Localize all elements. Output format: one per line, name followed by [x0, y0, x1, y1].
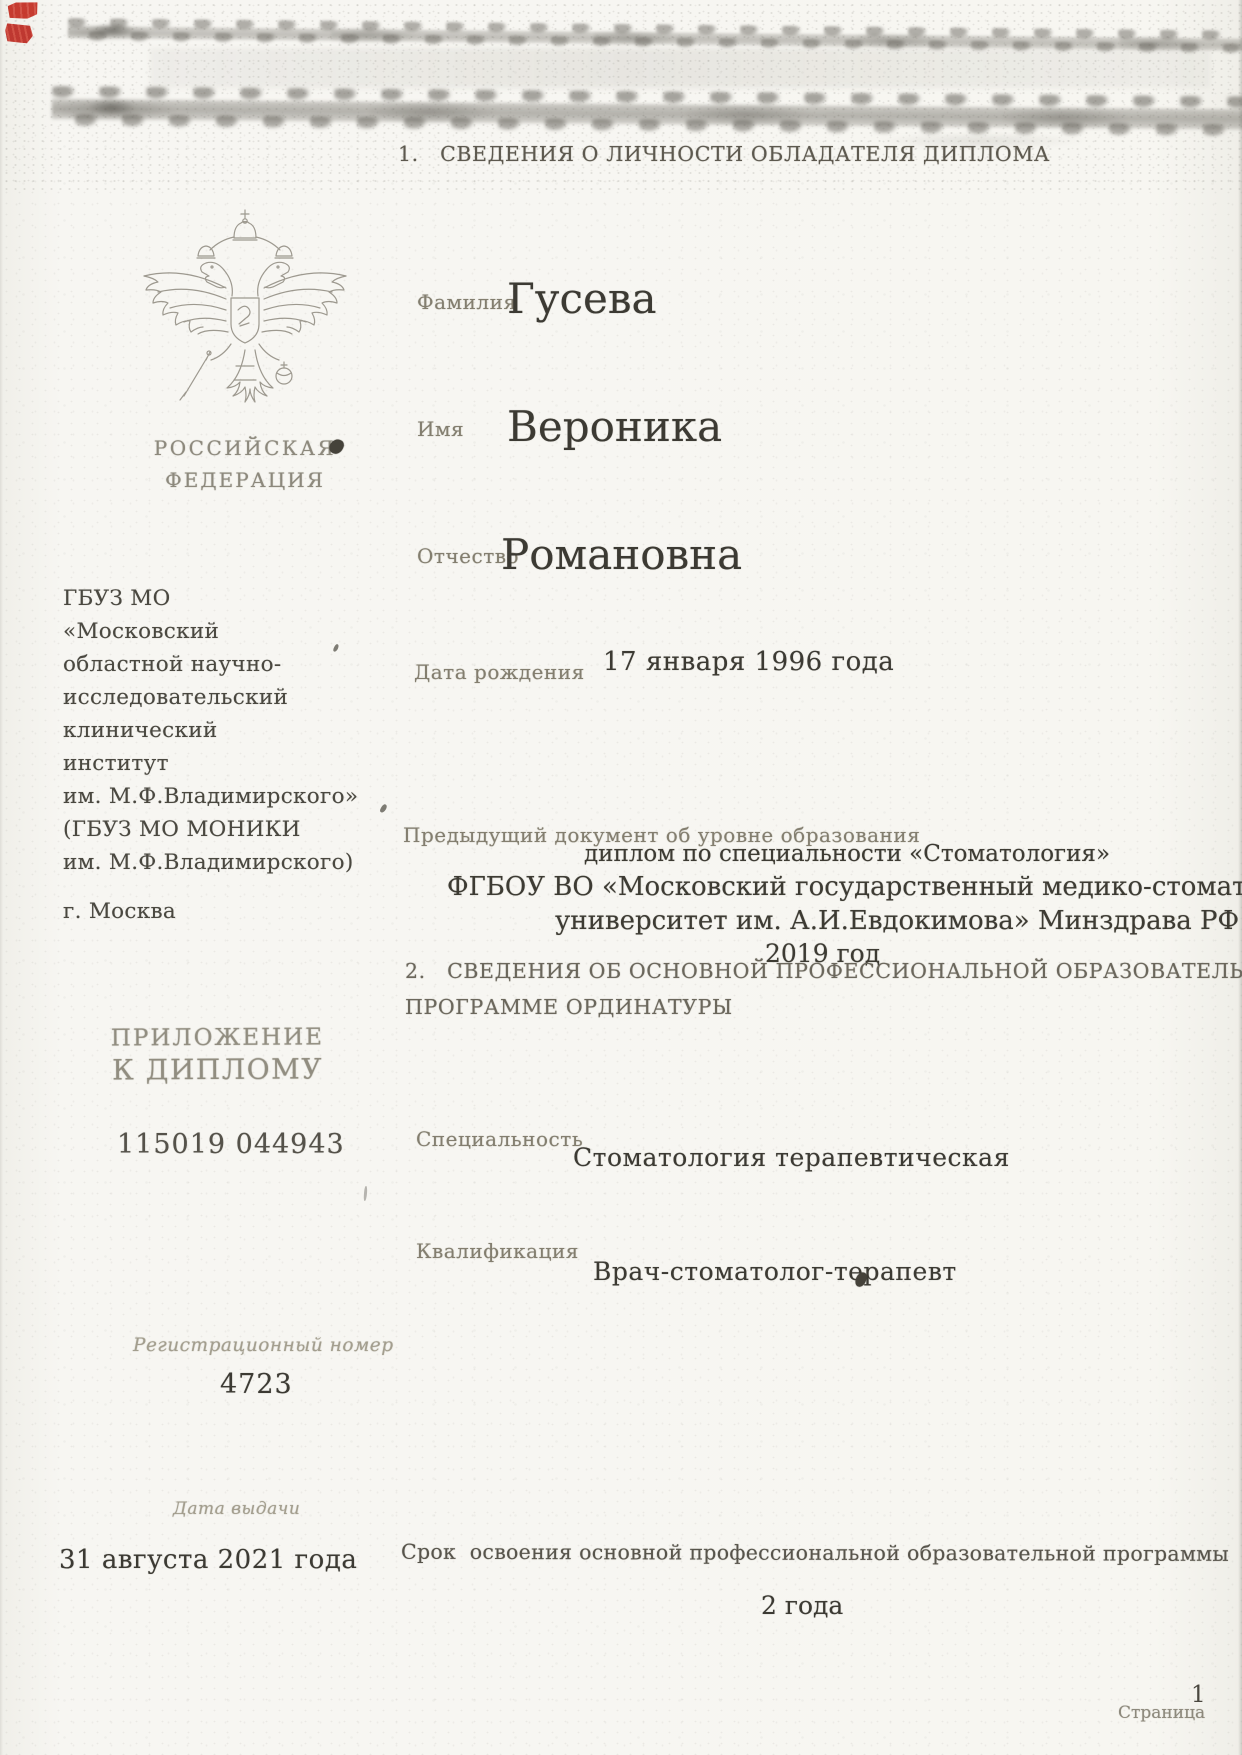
- stray-ink-mark: [379, 803, 388, 813]
- surname-label: Фамилия: [417, 290, 517, 314]
- page-number: 1: [1191, 1682, 1206, 1708]
- birthdate-value: 17 января 1996 года: [603, 647, 894, 677]
- stray-ink-mark: [363, 1186, 367, 1201]
- issuer-line: им. М.Ф.Владимирского»: [63, 780, 358, 813]
- birthdate-label: Дата рождения: [414, 660, 585, 684]
- section1-heading: 1. СВЕДЕНИЯ О ЛИЧНОСТИ ОБЛАДАТЕЛЯ ДИПЛОМ…: [398, 142, 1050, 166]
- specialty-label: Специальность: [416, 1127, 583, 1151]
- issuer-line: институт: [63, 747, 358, 780]
- section2-heading-line2: ПРОГРАММЕ ОРДИНАТУРЫ: [405, 995, 733, 1019]
- red-stamp-mark-icon: [5, 23, 34, 43]
- previous-education-line2: ФГБОУ ВО «Московский государственный мед…: [447, 872, 1242, 902]
- section2-heading-line1: 2. СВЕДЕНИЯ ОБ ОСНОВНОЙ ПРОФЕССИОНАЛЬНОЙ…: [405, 959, 1242, 983]
- issue-date-label: Дата выдачи: [173, 1499, 300, 1519]
- issuer-city: г. Москва: [63, 895, 358, 928]
- document-title: ПРИЛОЖЕНИЕ К ДИПЛОМУ: [110, 1024, 325, 1086]
- issue-date-value: 31 августа 2021 года: [59, 1545, 357, 1575]
- issuer-block: ГБУЗ МО «Московский областной научно- ис…: [63, 582, 358, 928]
- russia-coat-of-arms-icon: [136, 204, 354, 446]
- document-title-line2: К ДИПЛОМУ: [110, 1052, 325, 1086]
- issuer-line: «Московский: [63, 615, 358, 648]
- document-title-line1: ПРИЛОЖЕНИЕ: [110, 1024, 325, 1051]
- issuer-line: клинический: [63, 714, 358, 747]
- qualification-label: Квалификация: [416, 1239, 579, 1263]
- registration-number-value: 4723: [220, 1369, 293, 1400]
- country-name-line2: ФЕДЕРАЦИЯ: [120, 468, 370, 492]
- scan-edge-right: [1238, 0, 1242, 1755]
- document-page: 1. СВЕДЕНИЯ О ЛИЧНОСТИ ОБЛАДАТЕЛЯ ДИПЛОМ…: [0, 0, 1242, 1755]
- qualification-value: Врач-стоматолог-терапевт: [593, 1257, 957, 1286]
- registration-number-label: Регистрационный номер: [133, 1335, 394, 1356]
- issuer-line: областной научно-: [63, 648, 358, 681]
- form-number: 115019 044943: [117, 1129, 345, 1160]
- previous-education-line1: диплом по специальности «Стоматология»: [584, 841, 1110, 867]
- issuer-line: им. М.Ф.Владимирского): [63, 846, 358, 879]
- patronymic-value: Романовна: [501, 530, 742, 579]
- issuer-line: ГБУЗ МО: [63, 582, 358, 615]
- previous-education-line3: университет им. А.И.Евдокимова» Минздрав…: [555, 906, 1239, 936]
- scan-edge-left: [0, 0, 3, 1755]
- firstname-label: Имя: [417, 417, 464, 441]
- firstname-value: Вероника: [507, 402, 722, 451]
- surname-value: Гусева: [507, 274, 657, 323]
- issuer-line: (ГБУЗ МО МОНИКИ: [63, 813, 358, 846]
- issuer-line: исследовательский: [63, 681, 358, 714]
- red-stamp-mark-icon: [7, 1, 38, 20]
- specialty-value: Стоматология терапевтическая: [573, 1143, 1010, 1172]
- duration-label: Срок освоения основной профессиональной …: [401, 1540, 1242, 1567]
- duration-value: 2 года: [761, 1591, 843, 1620]
